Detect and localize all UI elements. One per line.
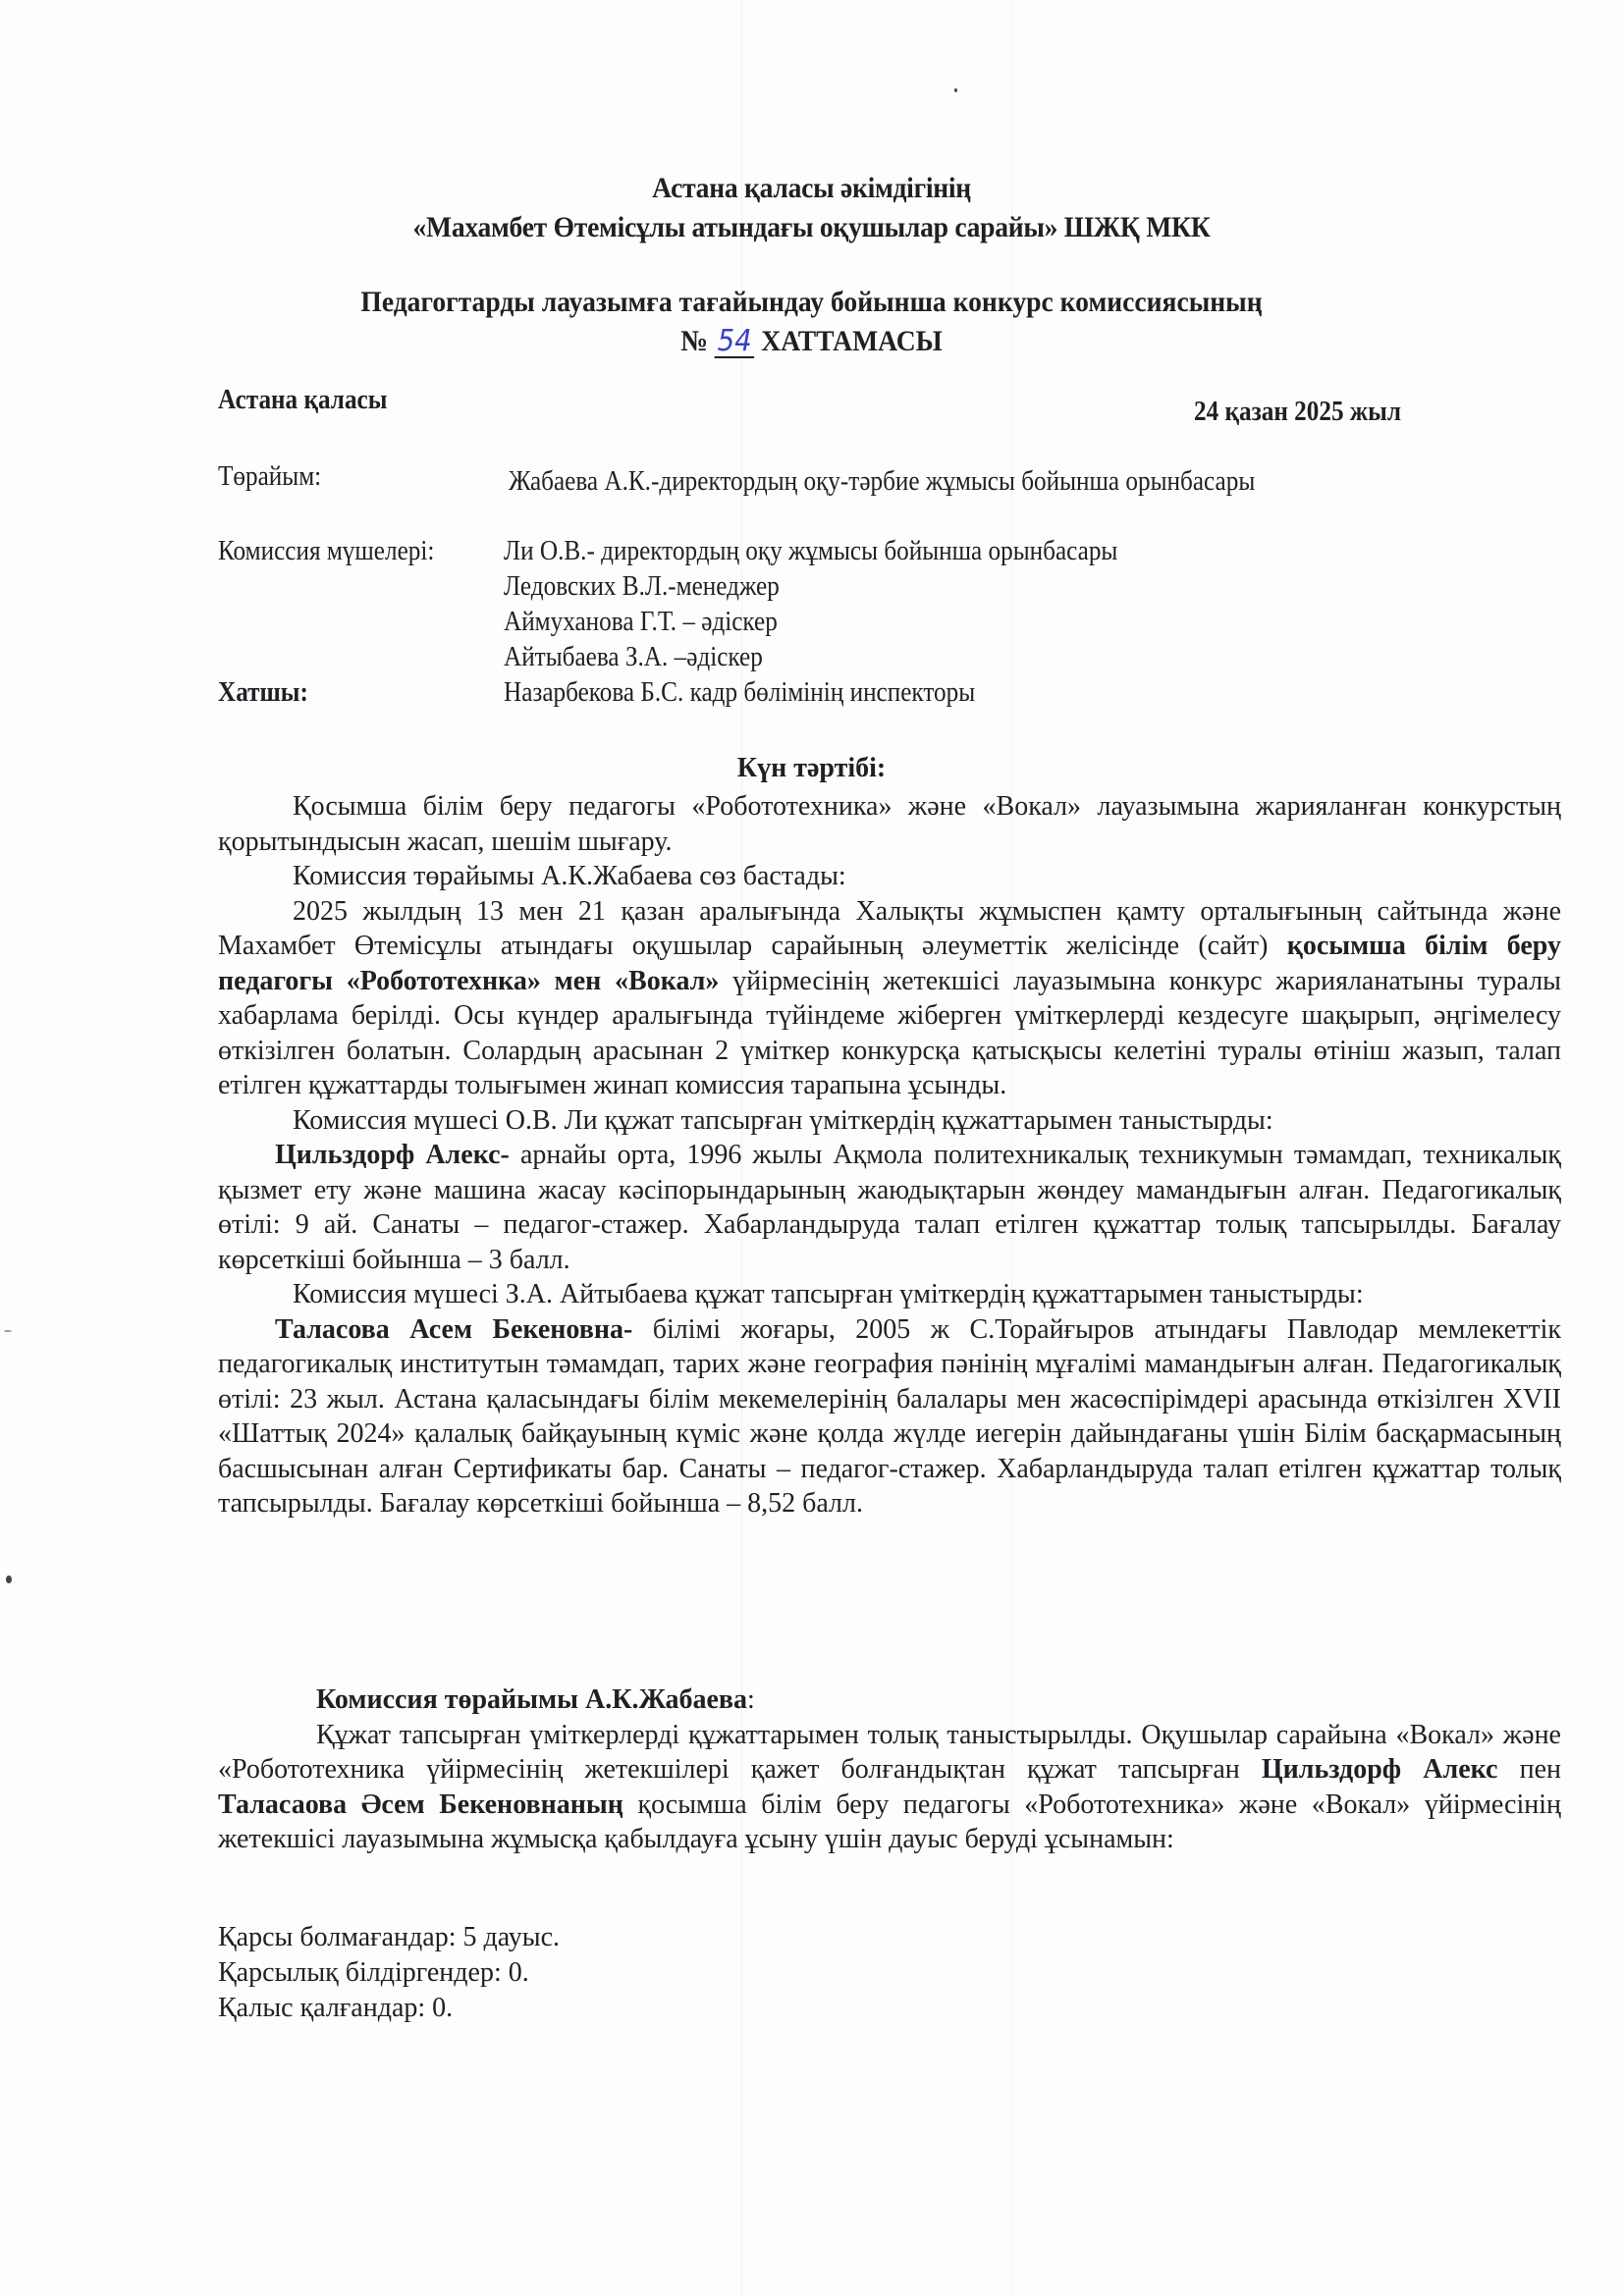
vote-against: Қарсылық білдіргендер: 0. — [218, 1955, 560, 1991]
candidate1-paragraph: Цильздорф Алекс- арнайы орта, 1996 жылы … — [218, 1138, 1561, 1277]
agenda-text: Қосымша білім беру педагогы «Робототехни… — [218, 789, 1561, 859]
member1-intro: Комиссия мүшесі О.В. Ли құжат тапсырған … — [218, 1103, 1561, 1139]
candidate2-name: Таласова Асем Бекеновна- — [275, 1314, 632, 1345]
handwritten-protocol-number: 54 — [715, 327, 754, 358]
candidate2-name: Таласаова Әсем Бекеновнаның — [218, 1789, 623, 1820]
vote-abstain: Қалыс қалғандар: 0. — [218, 1991, 560, 2026]
document-title: Педагогтарды лауазымға тағайындау бойынш… — [0, 283, 1623, 361]
candidate1-name: Цильздорф Алекс- — [275, 1140, 510, 1170]
decision-paragraph: Құжат тапсырған үміткерлерді құжаттарыме… — [218, 1718, 1561, 1857]
member2-intro: Комиссия мүшесі З.А. Айтыбаева құжат тап… — [218, 1277, 1561, 1312]
secretary-name: Назарбекова Б.С. кадр бөлімінің инспекто… — [504, 677, 975, 709]
decision-heading: Комиссия төрайымы А.К.Жабаева: — [218, 1682, 1561, 1718]
scan-speck — [4, 1330, 12, 1332]
org-line-2: «Махамбет Өтемісұлы атындағы оқушылар са… — [65, 208, 1558, 247]
member-item: Ли О.В.- директордың оқу жұмысы бойынша … — [504, 536, 1117, 567]
title-line-1: Педагогтарды лауазымға тағайындау бойынш… — [65, 283, 1558, 322]
member-item: Ледовских В.Л.-менеджер — [504, 571, 780, 603]
decision-section: Комиссия төрайымы А.К.Жабаева: Құжат тап… — [218, 1682, 1561, 1857]
protocol-title: ХАТТАМАСЫ — [761, 325, 942, 357]
number-sign: № — [680, 325, 708, 357]
vote-results: Қарсы болмағандар: 5 дауыс. Қарсылық біл… — [218, 1920, 560, 2026]
members-label: Комиссия мүшелері: — [218, 536, 434, 567]
chair-label: Төрайым: — [218, 461, 321, 493]
scan-speck — [6, 1575, 12, 1583]
scan-speck — [954, 88, 957, 92]
document-body: Қосымша білім беру педагогы «Робототехни… — [218, 789, 1561, 1522]
secretary-label: Хатшы: — [218, 677, 308, 709]
vote-for: Қарсы болмағандар: 5 дауыс. — [218, 1920, 560, 1955]
city: Астана қаласы — [218, 385, 387, 416]
colon: : — [747, 1684, 755, 1715]
member-item: Айтыбаева З.А. –әдіскер — [504, 642, 763, 673]
scanned-document-page: Астана қаласы әкімдігінің «Махамбет Өтем… — [0, 0, 1623, 2296]
agenda-title: Күн тәртібі: — [0, 753, 1623, 784]
organization-header: Астана қаласы әкімдігінің «Махамбет Өтем… — [0, 169, 1623, 247]
chair-name: Жабаева А.К.-директордың оқу-тәрбие жұмы… — [509, 466, 1255, 498]
candidate2-paragraph: Таласова Асем Бекеновна- білімі жоғары, … — [218, 1312, 1561, 1522]
chair-opening: Комиссия төрайымы А.К.Жабаева сөз бастад… — [218, 859, 1561, 894]
org-line-1: Астана қаласы әкімдігінің — [65, 169, 1558, 208]
document-date: 24 қазан 2025 жыл — [1194, 397, 1401, 428]
decision-heading-text: Комиссия төрайымы А.К.Жабаева — [316, 1684, 747, 1715]
announcement-paragraph: 2025 жылдың 13 мен 21 қазан аралығында Х… — [218, 894, 1561, 1103]
decision-text: пен — [1497, 1754, 1561, 1785]
member-item: Аймуханова Г.Т. – әдіскер — [504, 607, 778, 638]
candidate1-name: Цильздорф Алекс — [1262, 1754, 1498, 1785]
title-line-2: № 54 ХАТТАМАСЫ — [65, 322, 1558, 361]
